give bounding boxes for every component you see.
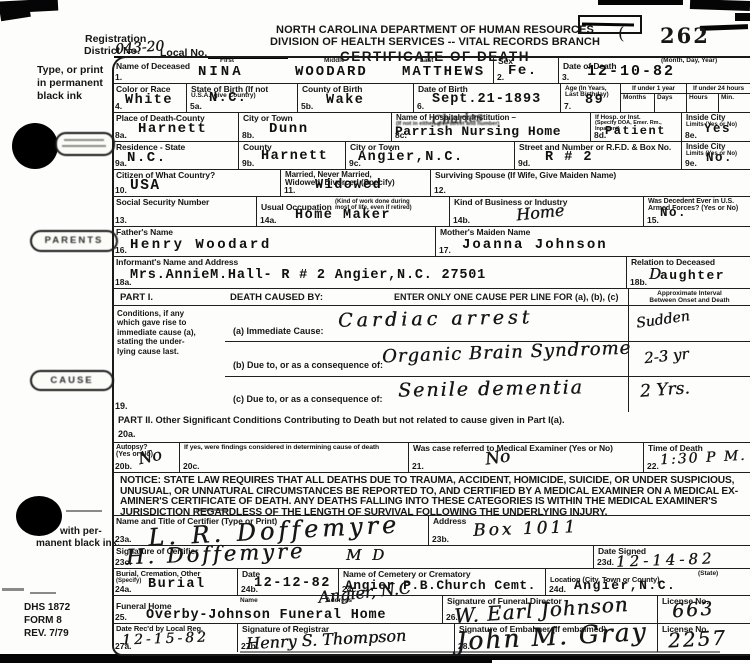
autopsy-value: No [136,445,163,468]
field-certifier-address: Address Box 1011 23b. [428,516,750,545]
field-street-number: Street and Number or R.F.D. & Box No. R … [514,142,681,169]
father-name-value: Henry Woodard [130,237,272,253]
row-autopsy: Autopsy? (Yes or No) No 20b. If yes, wer… [112,443,750,473]
me-value: No [484,446,512,469]
row-residence: Residence - State N.C. 9a. County Harnet… [112,142,750,170]
field-date-received: Date Rec'd by Local Reg. 12-15-82 27a. [112,624,237,652]
row-registrar: Date Rec'd by Local Reg. 12-15-82 27a. S… [112,624,750,652]
row-informant: Informant's Name and Address Mrs.AnnieM.… [112,257,750,289]
certifier-address-value: Box 1011 [473,517,579,541]
row-funeral-home: Funeral Home Name Address Overby-Johnson… [112,596,750,624]
industry-value: Home [515,201,565,225]
part1-header: PART I. DEATH CAUSED BY: ENTER ONLY ONE … [112,289,628,305]
pod-county-value: Harnett [138,121,207,137]
margin-tab-parents: PARENTS [30,230,118,252]
row-notice: NOTICE: STATE LAW REQUIRES THAT ALL DEAT… [112,473,750,516]
residence-county-value: Harnett [261,149,328,164]
name-first: NINA [198,64,244,80]
row-parents: Father's Name Henry Woodard 16. Mother's… [112,227,750,257]
mother-name-value: Joanna Johnson [462,237,608,253]
margin-tab-cause: CAUSE [30,370,114,391]
certificate-number: 262 [660,23,710,48]
county-of-birth-value: Wake [326,93,364,108]
field-date-of-birth: Date of Birth Sept.21-1893 6. [413,84,560,112]
forces-value: No. [660,206,687,220]
part2-field: PART II. Other Significant Conditions Co… [112,412,750,442]
race-value: White [125,93,173,108]
field-marital-status: Married, Never Married, Widowed, Divorce… [280,170,430,196]
field-residence-state: Residence - State N.C. 9a. [112,142,238,169]
row-ssn-occupation: Social Security Number 13. Usual Occupat… [112,197,750,227]
dept-line1: NORTH CAROLINA DEPARTMENT OF HUMAN RESOU… [235,24,635,36]
date-of-birth-value: Sept.21-1893 [432,92,541,107]
row-part1-header: PART I. DEATH CAUSED BY: ENTER ONLY ONE … [112,289,750,306]
scan-artifact [735,13,750,21]
margin-sign-note-1: with per- [60,526,102,537]
part2-label: PART II. Other Significant Conditions Co… [118,415,565,425]
hosp-status-value: Patient [605,124,666,138]
field-age: Age (In Years, Last Birthday) 89 7. [560,84,620,112]
form-id: DHS 1872 FORM 8 REV. 7/79 [24,601,70,640]
date-received-value: 12-15-82 [122,629,209,648]
citizen-value: USA [130,178,161,194]
field-findings-considered: If yes, were findings considered in dete… [179,443,408,472]
field-residence-county: County Harnett 9b. [238,142,345,169]
informant-value: Mrs.AnnieM.Hall- R # 2 Angier,N.C. 27501 [130,268,486,283]
cause-a-value: Cardiac arrest [338,306,534,331]
field-date-of-death: Date of Death (Month, Day, Year) 12-10-8… [558,56,750,83]
date-of-death-value: 12-10-82 [587,63,675,80]
field-state-of-birth: State of Birth (If not U.S.A., give Coun… [186,84,297,112]
age-value: 89 [585,93,604,108]
part1-enter-one-cause: ENTER ONLY ONE CAUSE PER LINE FOR (a), (… [394,292,619,302]
field-inside-city-limits-9e: Inside City Limits (Yes or No) No. 9e. [681,142,750,169]
field-hospital-or-institution: Name of Hospital or Institution – (If no… [391,113,590,141]
field-autopsy: Autopsy? (Yes or No) No 20b. [112,443,179,472]
location-value: Angier,N.C. [574,578,676,593]
funeral-home-value: Overby-Johnson Funeral Home [146,608,386,623]
margin-tab-smudged [55,132,115,156]
interval-header: Approximate Interval Between Onset and D… [628,289,750,305]
field-relation-to-deceased: Relation to Deceased D aughter 18b. [626,257,750,288]
row-name: Name of Deceased First Middle Last NINA … [112,56,750,84]
field-hosp-status: If Hosp. or Inst. (Specify DOA, Emer. Rm… [590,113,681,141]
conditions-note: Conditions, if any which gave rise to im… [112,306,225,412]
field-pod-city-or-town: City or Town Dunn 8b. [238,113,391,141]
margin-type-note: Type, or print in permanent black ink [37,64,103,103]
field-name-of-deceased: Name of Deceased First Middle Last NINA … [112,56,493,83]
field-fd-license: License No. 663 [657,596,750,623]
row-birth: Color or Race White 4. State of Birth (I… [112,84,750,113]
scan-artifact [598,0,683,5]
row-citizen-marital: Citizen of What Country? USA 10. Married… [112,170,750,197]
burial-value: Burial [148,577,206,592]
field-residence-city: City or Town Angier,N.C. 9c. [345,142,514,169]
pod-city-value: Dunn [269,121,309,137]
district-no-value: 043-20 [115,38,165,57]
institution-value: Parrish Nursing Home [395,124,561,139]
sex-value: Fe. [508,63,538,79]
field-time-of-death: Time of Death 1:30 P M. 22. [643,443,750,472]
part2-num: 20a. [118,429,136,439]
cause-c-interval: 2 Yrs. [639,378,690,401]
field-surviving-spouse: Surviving Spouse (If Wife, Give Maiden N… [430,170,750,196]
field-informant: Informant's Name and Address Mrs.AnnieM.… [112,257,626,288]
limits-9e-value: No. [706,151,733,165]
residence-state-value: N.C. [127,150,167,166]
field-label: Name of Deceased [112,60,190,71]
field-usual-occupation: Usual Occupation (Kind of work done duri… [256,197,449,226]
residence-city-value: Angier,N.C. [358,150,464,165]
street-value: R # 2 [545,150,593,165]
scan-artifact [2,588,24,591]
name-middle: WOODARD [295,64,368,80]
field-color-or-race: Color or Race White 4. [112,84,186,112]
field-burial-cremation: Burial, Cremation, Other (Specify) Buria… [112,569,237,595]
date-signed-value: 12-14-82 [616,549,716,570]
occupation-value: Home Maker [295,208,391,223]
margin-sign-note-2: manent black ink. [36,538,120,549]
field-sex: Sex Fe. 2. [493,56,558,83]
name-last: MATTHEWS [402,64,485,80]
certifier-signature-md: M D [346,546,387,564]
field-medical-examiner: Was case referred to Medical Examiner (Y… [408,443,643,472]
field-inside-city-limits-8e: Inside City Limits (Yes or No) Yes 8e. [681,113,750,141]
field-if-under-1-year: If under 1 year Months Days [620,84,686,112]
time-of-death-value: 1:30 P M. [660,448,747,469]
scan-artifact [690,0,750,11]
field-if-under-24-hours: If under 24 hours Hours Min. [686,84,750,112]
redaction-mark [12,123,58,169]
field-burial-location: Location (City, Town or County) (State) … [545,569,750,595]
field-place-of-death-county: Place of Death-County Harnett 8a. [112,113,238,141]
field-funeral-home: Funeral Home Name Address Overby-Johnson… [112,596,442,623]
scan-artifact [30,592,56,594]
field-father-name: Father's Name Henry Woodard 16. [112,227,435,256]
field-business-industry: Kind of Business or Industry Home 14b. [449,197,643,226]
dept-line2: DIVISION OF HEALTH SERVICES -- VITAL REC… [235,36,635,48]
field-armed-forces: Was Decedent Ever in U.S. Armed Forces? … [643,197,750,226]
part1-title: PART I. [120,292,153,303]
state-of-birth-value: N.C. [209,91,247,106]
death-certificate-scan: ( Registration District No. 043-20 Local… [0,0,750,664]
part1-caused-by: DEATH CAUSED BY: [230,292,323,303]
relation-value: aughter [660,268,725,283]
row-burial: Burial, Cremation, Other (Specify) Buria… [112,569,750,596]
redaction-mark [16,496,62,536]
field-date-signed: Date Signed 12-14-82 23d. [593,546,750,568]
marital-value: Widowed [315,178,382,193]
field-embalmer-license: License No. 2257 [657,624,750,652]
scan-artifact-bottom-bar [492,656,750,660]
scan-artifact [66,510,102,512]
field-ssn: Social Security Number 13. [112,197,256,226]
field-citizen: Citizen of What Country? USA 10. [112,170,280,196]
row-part2: PART II. Other Significant Conditions Co… [112,412,750,443]
fd-license-value: 663 [671,598,715,623]
field-county-of-birth: County of Birth Wake 5b. [297,84,413,112]
limits-8e-value: Yes [704,122,731,136]
notice-text: NOTICE: STATE LAW REQUIRES THAT ALL DEAT… [112,473,750,515]
embalmer-license-value: 2257 [667,625,727,652]
field-mother-maiden-name: Mother's Maiden Name Joanna Johnson 17. [435,227,750,256]
cause-c-value: Senile dementia [398,376,584,401]
